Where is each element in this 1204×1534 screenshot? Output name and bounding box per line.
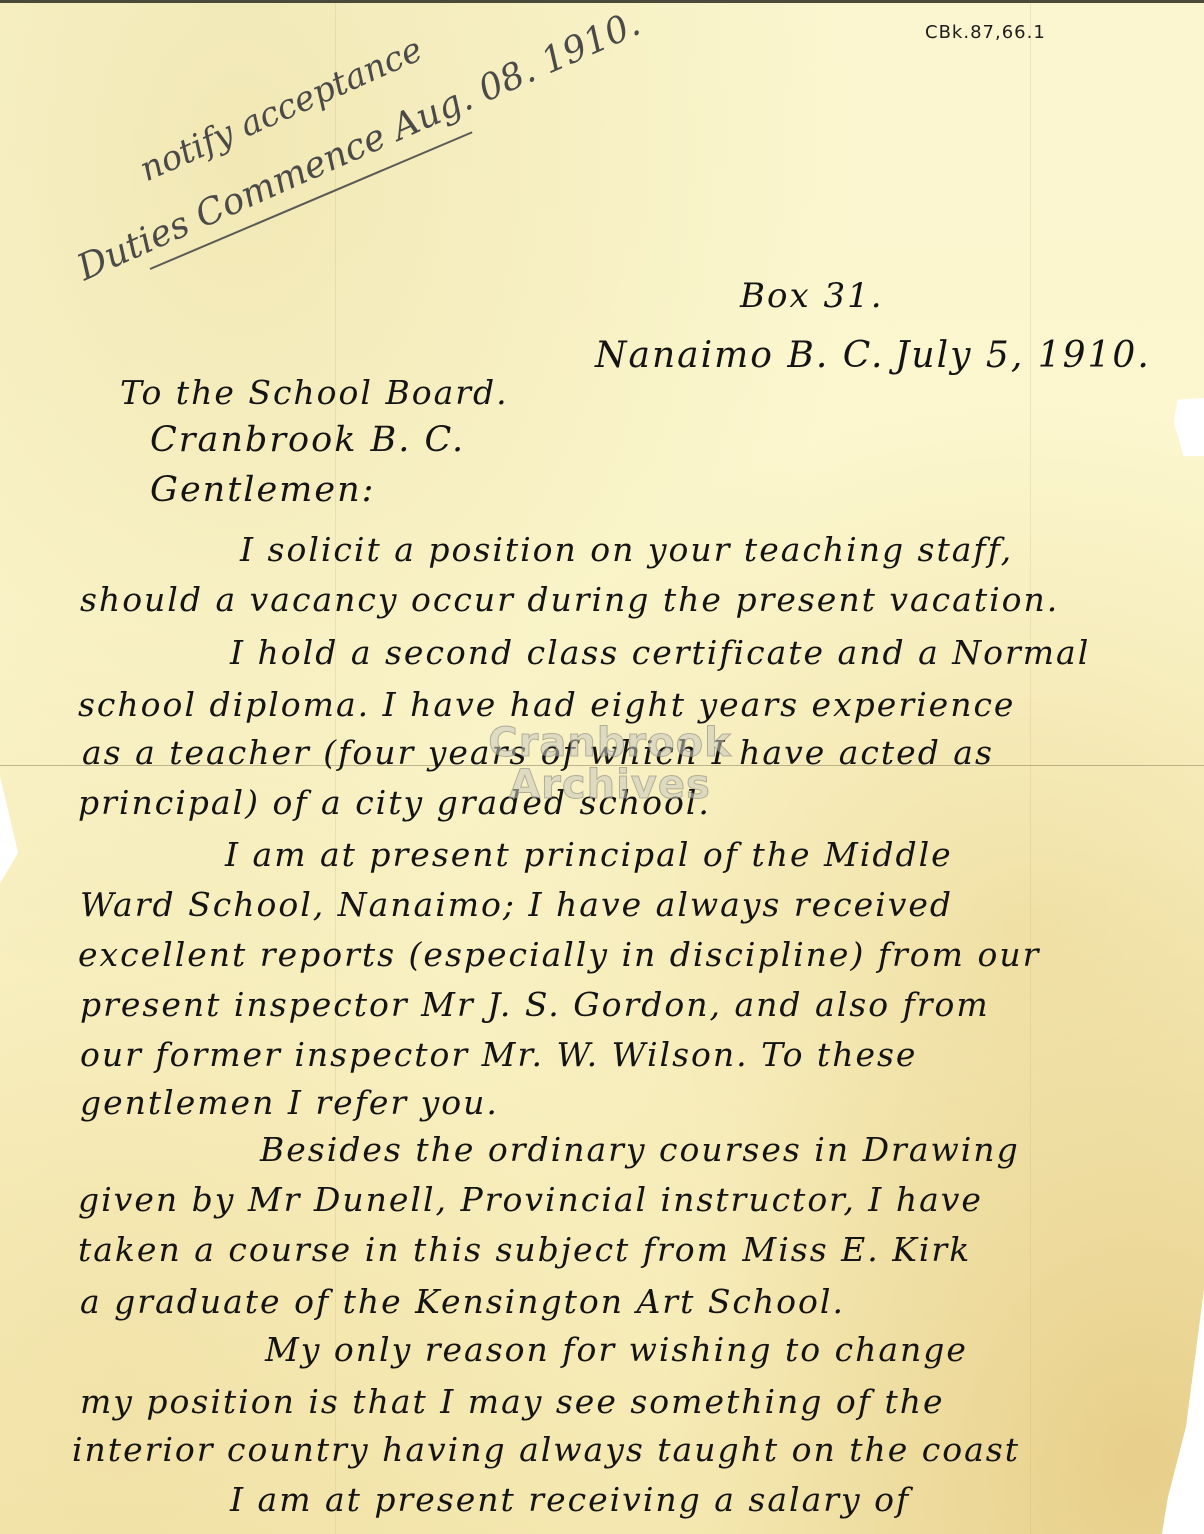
- letter-date: July 5, 1910.: [895, 335, 1151, 376]
- accession-number: CBk.87,66.1: [925, 22, 1046, 43]
- body-line: given by Mr Dunell, Provincial instructo…: [78, 1180, 983, 1219]
- archive-watermark: Cranbrook Archives: [480, 722, 740, 806]
- body-line: our former inspector Mr. W. Wilson. To t…: [80, 1035, 917, 1074]
- body-line: a graduate of the Kensington Art School.: [80, 1282, 845, 1321]
- vertical-crease: [1030, 3, 1031, 1534]
- body-line: I am at present receiving a salary of: [230, 1480, 910, 1519]
- body-line: present inspector Mr J. S. Gordon, and a…: [80, 985, 990, 1024]
- body-line: I am at present principal of the Middle: [225, 835, 953, 874]
- body-line: Besides the ordinary courses in Drawing: [260, 1130, 1020, 1169]
- body-line: taken a course in this subject from Miss…: [78, 1230, 971, 1269]
- sender-address-box: Box 31.: [740, 276, 884, 316]
- watermark-line1: Cranbrook: [480, 722, 740, 764]
- body-line: My only reason for wishing to change: [265, 1330, 968, 1369]
- sender-address-city: Nanaimo B. C.: [595, 335, 884, 376]
- body-line: school diploma. I have had eight years e…: [78, 685, 1015, 724]
- scan-top-edge: [0, 0, 1204, 3]
- body-line: should a vacancy occur during the presen…: [80, 580, 1059, 619]
- body-line: I hold a second class certificate and a …: [230, 633, 1090, 672]
- body-line: gentlemen I refer you.: [80, 1083, 499, 1122]
- body-line: I solicit a position on your teaching st…: [240, 530, 1013, 569]
- body-line: Ward School, Nanaimo; I have always rece…: [80, 885, 953, 924]
- recipient-line1: To the School Board.: [120, 373, 509, 412]
- body-line: my position is that I may see something …: [80, 1382, 945, 1421]
- recipient-line2: Cranbrook B. C.: [150, 420, 465, 460]
- body-line: interior country having always taught on…: [72, 1430, 1020, 1469]
- salutation: Gentlemen:: [150, 470, 375, 510]
- body-line: excellent reports (especially in discipl…: [78, 935, 1040, 974]
- watermark-line2: Archives: [480, 764, 740, 806]
